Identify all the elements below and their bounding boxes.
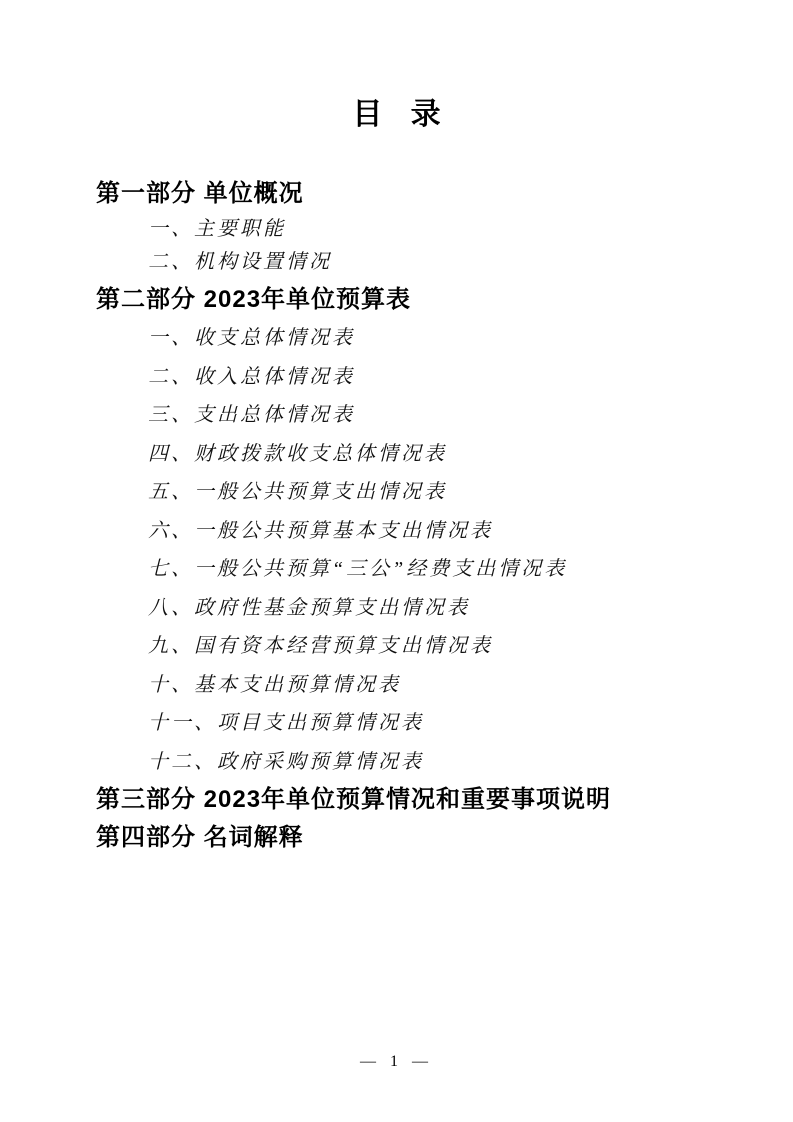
toc-section-heading-part4: 第四部分 名词解释 (96, 819, 753, 857)
table-of-contents: 第一部分 单位概况 一、主要职能 二、机构设置情况 第二部分 2023年单位预算… (96, 175, 753, 857)
toc-entry: 十、基本支出预算情况表 (148, 666, 753, 705)
toc-entry: 四、财政拨款收支总体情况表 (148, 435, 753, 474)
toc-entry: 二、收入总体情况表 (148, 358, 753, 397)
toc-entry: 一、主要职能 (148, 213, 753, 246)
toc-entry: 二、机构设置情况 (148, 246, 753, 279)
toc-entry: 八、政府性基金预算支出情况表 (148, 589, 753, 628)
page-number: — 1 — (0, 1053, 793, 1071)
toc-entry: 七、一般公共预算“三公”经费支出情况表 (148, 550, 753, 589)
toc-entry: 一、收支总体情况表 (148, 319, 753, 358)
toc-entry: 十二、政府采购预算情况表 (148, 743, 753, 782)
page-title: 目 录 (0, 0, 793, 130)
toc-entry: 五、一般公共预算支出情况表 (148, 473, 753, 512)
toc-section-heading-part2: 第二部分 2023年单位预算表 (96, 281, 753, 319)
toc-entry: 九、国有资本经营预算支出情况表 (148, 627, 753, 666)
toc-entry: 十一、项目支出预算情况表 (148, 704, 753, 743)
toc-section-heading-part1: 第一部分 单位概况 (96, 175, 753, 213)
document-page: 目 录 第一部分 单位概况 一、主要职能 二、机构设置情况 第二部分 2023年… (0, 0, 793, 1122)
toc-section-heading-part3: 第三部分 2023年单位预算情况和重要事项说明 (96, 781, 753, 819)
toc-entry: 六、一般公共预算基本支出情况表 (148, 512, 753, 551)
toc-entry: 三、支出总体情况表 (148, 396, 753, 435)
